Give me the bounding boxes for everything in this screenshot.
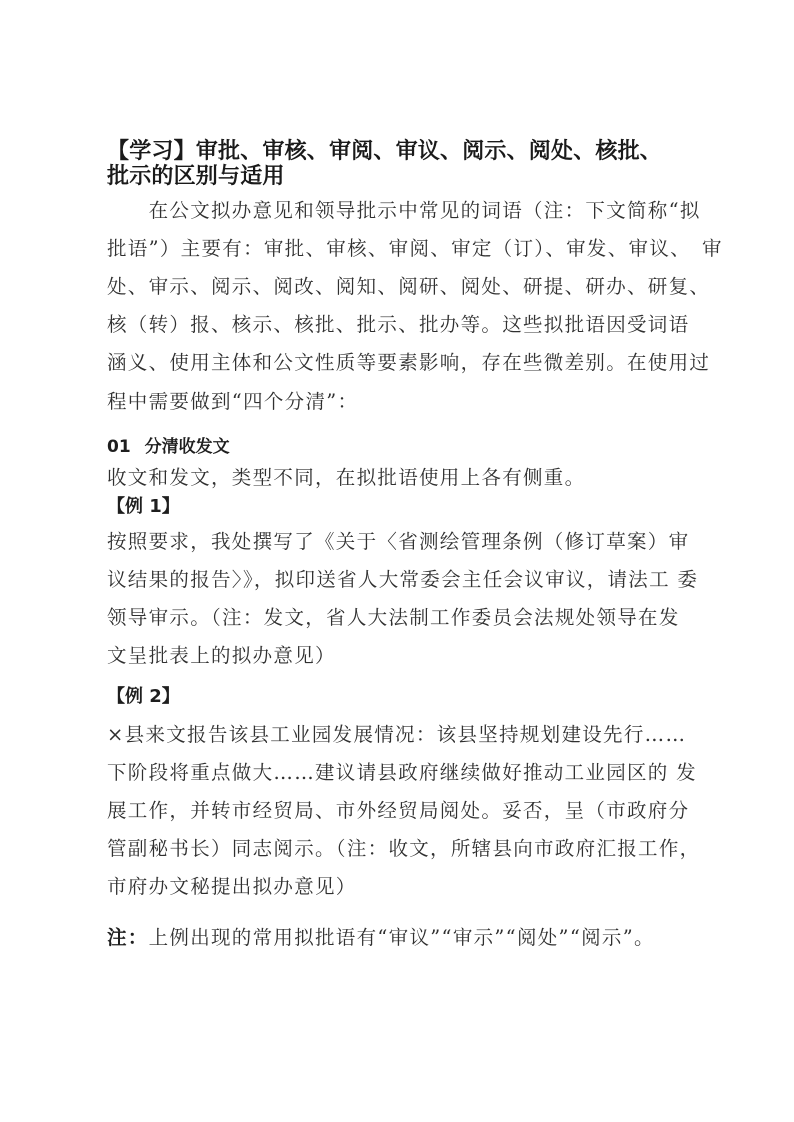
section-number: 01 bbox=[107, 437, 131, 457]
example-1-line-1: 按照要求，我处撰写了《关于〈省测绘管理条例（修订草案）审 bbox=[107, 530, 689, 554]
intro-line-5: 涵义、使用主体和公文性质等要素影响，存在些微差别。在使用过 bbox=[107, 351, 710, 375]
document-page: 【学习】审批、审核、审阅、审议、阅示、阅处、核批、 批示的区别与适用 在公文拟办… bbox=[0, 0, 794, 1122]
example-1-label: 【例 1】 bbox=[107, 496, 180, 518]
example-1-line-2: 议结果的报告〉》，拟印送省人大常委会主任会议审议，请法工 委 bbox=[107, 568, 698, 592]
document-title-line-1: 【学习】审批、审核、审阅、审议、阅示、阅处、核批、 bbox=[107, 139, 662, 165]
example-1-line-3: 领导审示。（注：发文，省人大法制工作委员会法规处领导在发 bbox=[107, 606, 680, 630]
example-2-label: 【例 2】 bbox=[107, 686, 180, 708]
note-text: 上例出现的常用拟批语有“审议”“审示”“阅处”“阅示”。 bbox=[149, 926, 655, 949]
intro-line-2: 批语”）主要有：审批、审核、审阅、审定（订）、审发、审议、 审 bbox=[107, 237, 723, 261]
example-2-line-5: 市府办文秘提出拟办意见） bbox=[107, 875, 357, 899]
section-summary: 收文和发文，类型不同，在拟批语使用上各有侧重。 bbox=[107, 466, 585, 490]
example-2-line-4: 管副秘书长）同志阅示。（注：收文，所辖县向市政府汇报工作， bbox=[107, 837, 700, 861]
note-label: 注： bbox=[107, 926, 149, 949]
example-2-line-2: 下阶段将重点做大……建议请县政府继续做好推动工业园区的 发 bbox=[107, 761, 697, 785]
section-heading: 01分清收发文 bbox=[107, 436, 230, 458]
intro-line-1: 在公文拟办意见和领导批示中常见的词语（注：下文简称“拟 bbox=[107, 199, 701, 223]
document-title-line-2: 批示的区别与适用 bbox=[107, 164, 285, 190]
intro-line-4: 核（转）报、核示、核批、批示、批办等。这些拟批语因受词语 bbox=[107, 313, 689, 337]
example-2-line-3: 展工作，并转市经贸局、市外经贸局阅处。妥否，呈（市政府分 bbox=[107, 799, 689, 823]
intro-line-6: 程中需要做到“四个分清”： bbox=[107, 390, 358, 414]
note-line: 注：上例出现的常用拟批语有“审议”“审示”“阅处”“阅示”。 bbox=[107, 926, 655, 950]
intro-line-3: 处、审示、阅示、阅改、阅知、阅研、阅处、研提、研办、研复、 bbox=[107, 275, 710, 299]
example-1-line-4: 文呈批表上的拟办意见） bbox=[107, 644, 336, 668]
example-2-line-1: ×县来文报告该县工业园发展情况：该县坚持规划建设先行…… bbox=[107, 723, 686, 747]
section-heading-text: 分清收发文 bbox=[145, 437, 230, 457]
